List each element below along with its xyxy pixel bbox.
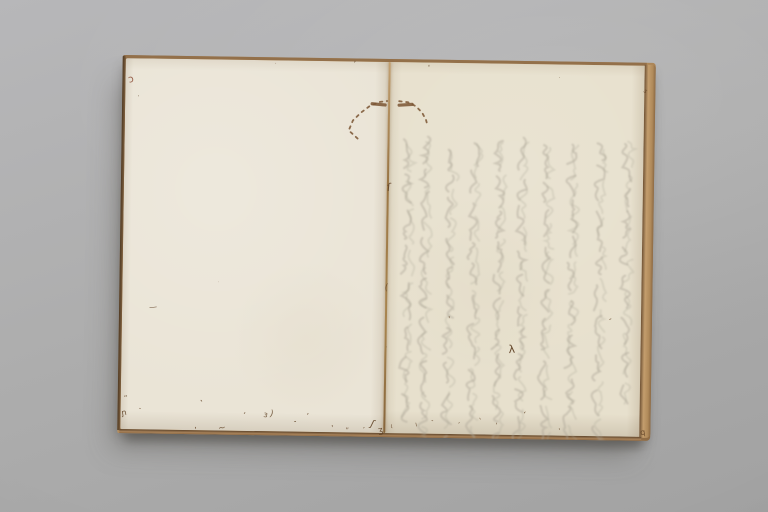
notebook: ɔ··ʼʼ·s—·’ɲ„-‚~’ɜ)‚’,„ʼʃʒſ(·’λ-‘,'ʼ’ıι,q — [117, 55, 656, 441]
left-page — [120, 58, 388, 433]
right-page — [383, 62, 644, 437]
photo-backdrop: ɔ··ʼʼ·s—·’ɲ„-‚~’ɜ)‚’,„ʼʃʒſ(·’λ-‘,'ʼ’ıι,q — [0, 0, 768, 512]
